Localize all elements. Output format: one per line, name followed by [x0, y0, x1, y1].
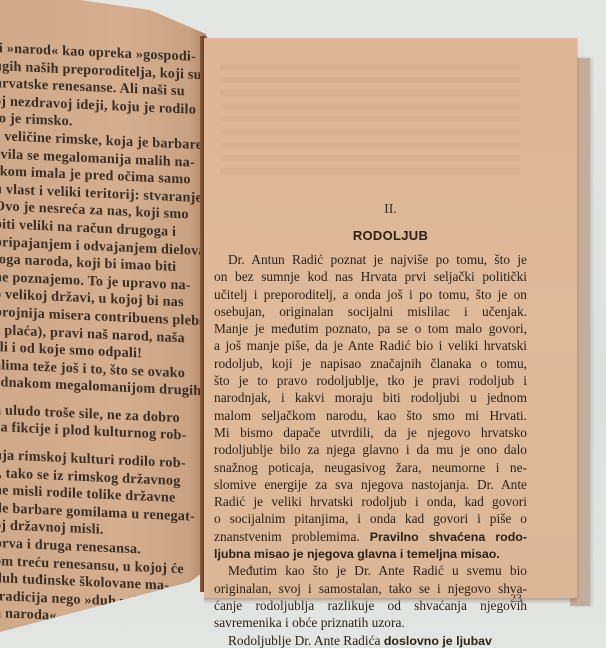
- right-page: II. RODOLJUB Dr. Antun Radić poznat je n…: [204, 38, 577, 598]
- text-line: Radić je veliki hrvatski rodoljub i onda…: [214, 493, 527, 510]
- line-text: Radić je veliki hrvatski rodoljub i onda…: [214, 494, 527, 509]
- line-text: znanstvenim problemima.: [214, 529, 360, 544]
- line-text: Mi bismo dapače utvrdili, da je njegovo …: [214, 425, 527, 440]
- text-line: malom seljačkom narodu, kao što smo mi H…: [214, 407, 527, 424]
- line-text: rodoljublje bilo za njega glavno i da mu…: [214, 442, 527, 457]
- left-page: ti »narod« kao opreka »gospodi-ugih naši…: [0, 0, 206, 632]
- left-page-text: ti »narod« kao opreka »gospodi-ugih naši…: [0, 40, 204, 632]
- text-line: Mi bismo dapače utvrdili, da je njegovo …: [214, 424, 527, 441]
- text-line: rodoljublje bilo za njega glavno i da mu…: [214, 441, 527, 458]
- text-line: a naroda«.: [0, 605, 204, 632]
- text-line: snažnog poticaja, neugasivog žara, neumo…: [214, 459, 527, 476]
- line-text: Rodoljublje Dr. Ante Radića: [228, 633, 380, 648]
- line-text: slomive energije za sva njegova nastojan…: [214, 477, 527, 492]
- chapter-title: RODOLJUB: [204, 228, 577, 243]
- line-text: rodoljub, koji je napisao značajnih član…: [214, 356, 527, 371]
- line-text: on bez sumnje kod nas Hrvata prvi seljač…: [214, 269, 527, 284]
- text-line: osebujan, originalan socijalni mislilac …: [214, 303, 527, 320]
- text-line: on bez sumnje kod nas Hrvata prvi seljač…: [214, 268, 527, 285]
- line-text: osebujan, originalan socijalni mislilac …: [214, 304, 527, 319]
- chapter-number: II.: [204, 202, 577, 218]
- text-line: slomive energije za sva njegova nastojan…: [214, 476, 527, 493]
- text-line: učitelj i preporoditelj, a onda još i po…: [214, 286, 527, 303]
- text-line: Manje je međutim poznato, pa se o tom ma…: [214, 320, 527, 337]
- line-text: što je to pravo rodoljublje, tko je prav…: [214, 373, 527, 388]
- text-line: Međutim kao što je Dr. Ante Radić u svem…: [214, 562, 527, 579]
- emphasized-text: ljubna misao je njegova glavna i temeljn…: [214, 547, 500, 561]
- line-text: učitelj i preporoditelj, a onda još i po…: [214, 287, 527, 302]
- line-text: Manje je međutim poznato, pa se o tom ma…: [214, 321, 527, 336]
- line-text: o socijalnim pitanjima, i onda kad govor…: [214, 511, 527, 526]
- text-line: savremenika i obće priznatih uzora.: [214, 614, 527, 631]
- text-line: originalan, svoj i samostalan, tako se i…: [214, 580, 527, 597]
- text-line: a još manje piše, da je Ante Radić bio i…: [214, 337, 527, 354]
- line-text: Dr. Antun Radić poznat je najviše po tom…: [228, 252, 527, 267]
- right-page-body: Dr. Antun Radić poznat je najviše po tom…: [214, 251, 527, 648]
- text-line: znanstvenim problemima. Pravilno shvaćen…: [214, 528, 527, 545]
- line-text: malom seljačkom narodu, kao što smo mi H…: [214, 408, 527, 423]
- text-line: što je to pravo rodoljublje, tko je prav…: [214, 372, 527, 389]
- text-line: Rodoljublje Dr. Ante Radića doslovno je …: [214, 632, 527, 648]
- text-line: Dr. Antun Radić poznat je najviše po tom…: [214, 251, 527, 268]
- emphasized-text: Pravilno shvaćena rodo-: [370, 530, 527, 544]
- page-shadow: [204, 598, 577, 604]
- text-line: rodoljub, koji je napisao značajnih član…: [214, 355, 527, 372]
- text-line: narodnjak, i kakvi moraju biti rodoljubi…: [214, 389, 527, 406]
- line-text: narodnjak, i kakvi moraju biti rodoljubi…: [214, 390, 527, 405]
- line-text: originalan, svoj i samostalan, tako se i…: [214, 581, 527, 596]
- line-text: Međutim kao što je Dr. Ante Radić u svem…: [228, 563, 527, 578]
- line-text: a još manje piše, da je Ante Radić bio i…: [214, 338, 527, 353]
- line-text: savremenika i obće priznatih uzora.: [214, 615, 405, 630]
- text-line: o socijalnim pitanjima, i onda kad govor…: [214, 510, 527, 527]
- text-line: ljubna misao je njegova glavna i temeljn…: [214, 545, 527, 562]
- line-text: snažnog poticaja, neugasivog žara, neumo…: [214, 460, 527, 475]
- show-through-text: [220, 64, 520, 174]
- emphasized-text: doslovno je ljubav: [384, 634, 492, 648]
